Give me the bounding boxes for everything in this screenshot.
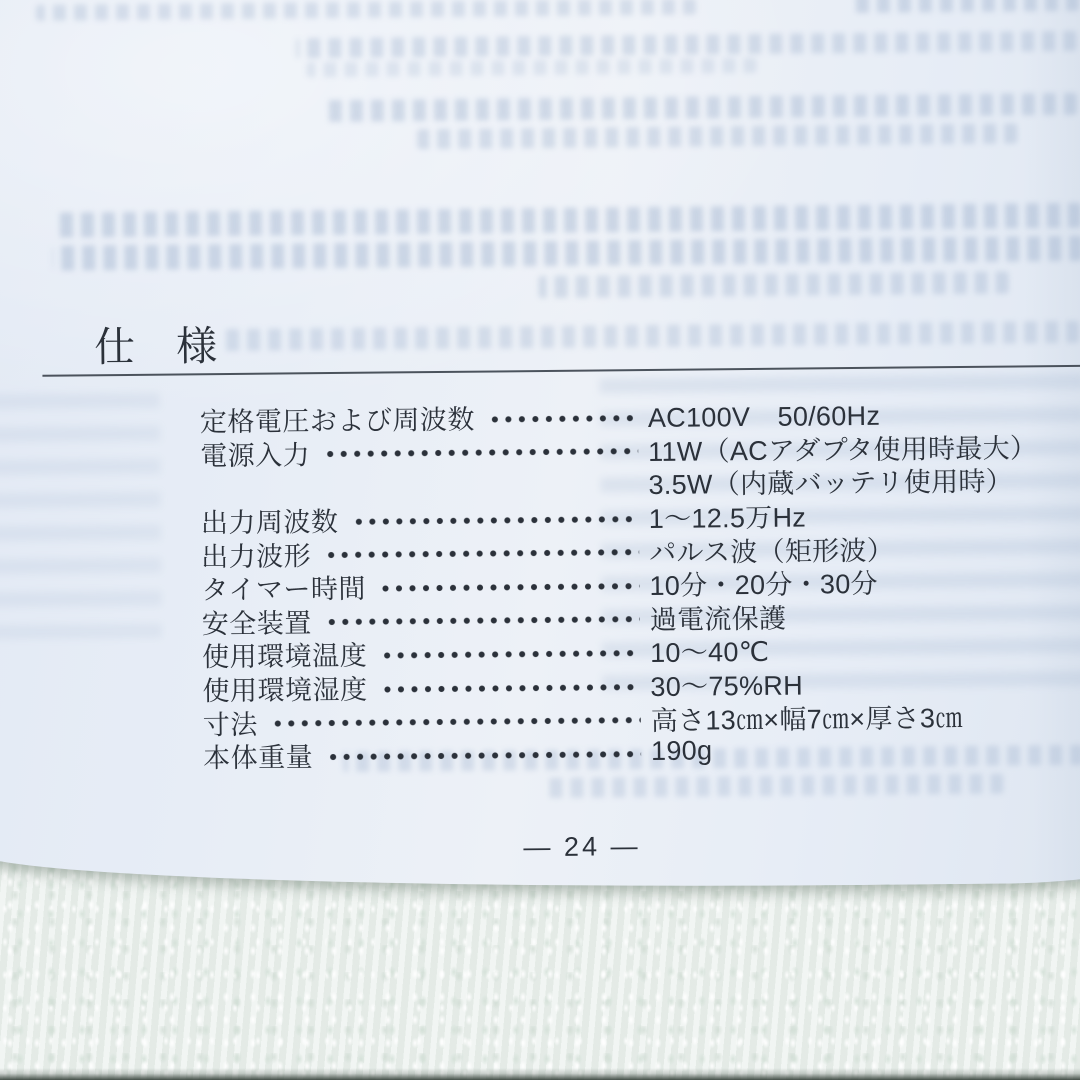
dotted-leader — [327, 750, 641, 763]
spec-label: 本体重量 — [203, 735, 313, 775]
bleedthrough-text — [36, 0, 696, 21]
spec-row-left: 本体重量 — [203, 732, 651, 775]
bleedthrough-text — [52, 236, 1080, 271]
bleedthrough-text — [539, 272, 1009, 299]
page-number: — 24 — — [523, 831, 640, 863]
bleedthrough-text — [296, 31, 1076, 58]
dotted-leader — [489, 414, 638, 425]
dotted-leader — [352, 515, 639, 528]
dotted-leader — [325, 548, 639, 561]
dotted-leader — [324, 447, 638, 460]
bleedthrough-text — [417, 123, 1017, 149]
spec-row: 本体重量 190g — [203, 731, 1080, 773]
bleedthrough-text — [219, 321, 1079, 351]
dotted-leader — [381, 683, 640, 695]
table-edge-shadow — [0, 1068, 1080, 1080]
spec-value: 190g — [651, 736, 713, 768]
spec-row-left: 電源入力 — [200, 430, 648, 473]
bleedthrough-text — [327, 93, 1077, 122]
dotted-leader — [381, 649, 640, 661]
dotted-leader — [326, 615, 640, 628]
spec-heading: 仕 様 — [94, 313, 218, 373]
bleedthrough-text — [56, 203, 1080, 238]
dotted-leader — [272, 716, 641, 730]
spec-label: 電源入力 — [200, 433, 310, 473]
bleedthrough-text — [0, 393, 162, 640]
manual-page-photo: 仕 様 定格電圧および周波数 AC100V 50/60Hz 電源入力 — [0, 0, 1080, 1080]
bleedthrough-text — [854, 0, 1079, 13]
bleedthrough-text — [543, 774, 1003, 798]
spec-list: 定格電圧および周波数 AC100V 50/60Hz 電源入力 11W（ACアダプ… — [200, 395, 1080, 773]
dotted-leader — [380, 582, 640, 594]
paper-page: 仕 様 定格電圧および周波数 AC100V 50/60Hz 電源入力 — [0, 0, 1080, 893]
spec-row-left — [200, 475, 648, 495]
spec-value: 高さ13㎝×幅7㎝×厚さ3㎝ — [651, 696, 963, 738]
bleedthrough-text — [306, 58, 756, 77]
